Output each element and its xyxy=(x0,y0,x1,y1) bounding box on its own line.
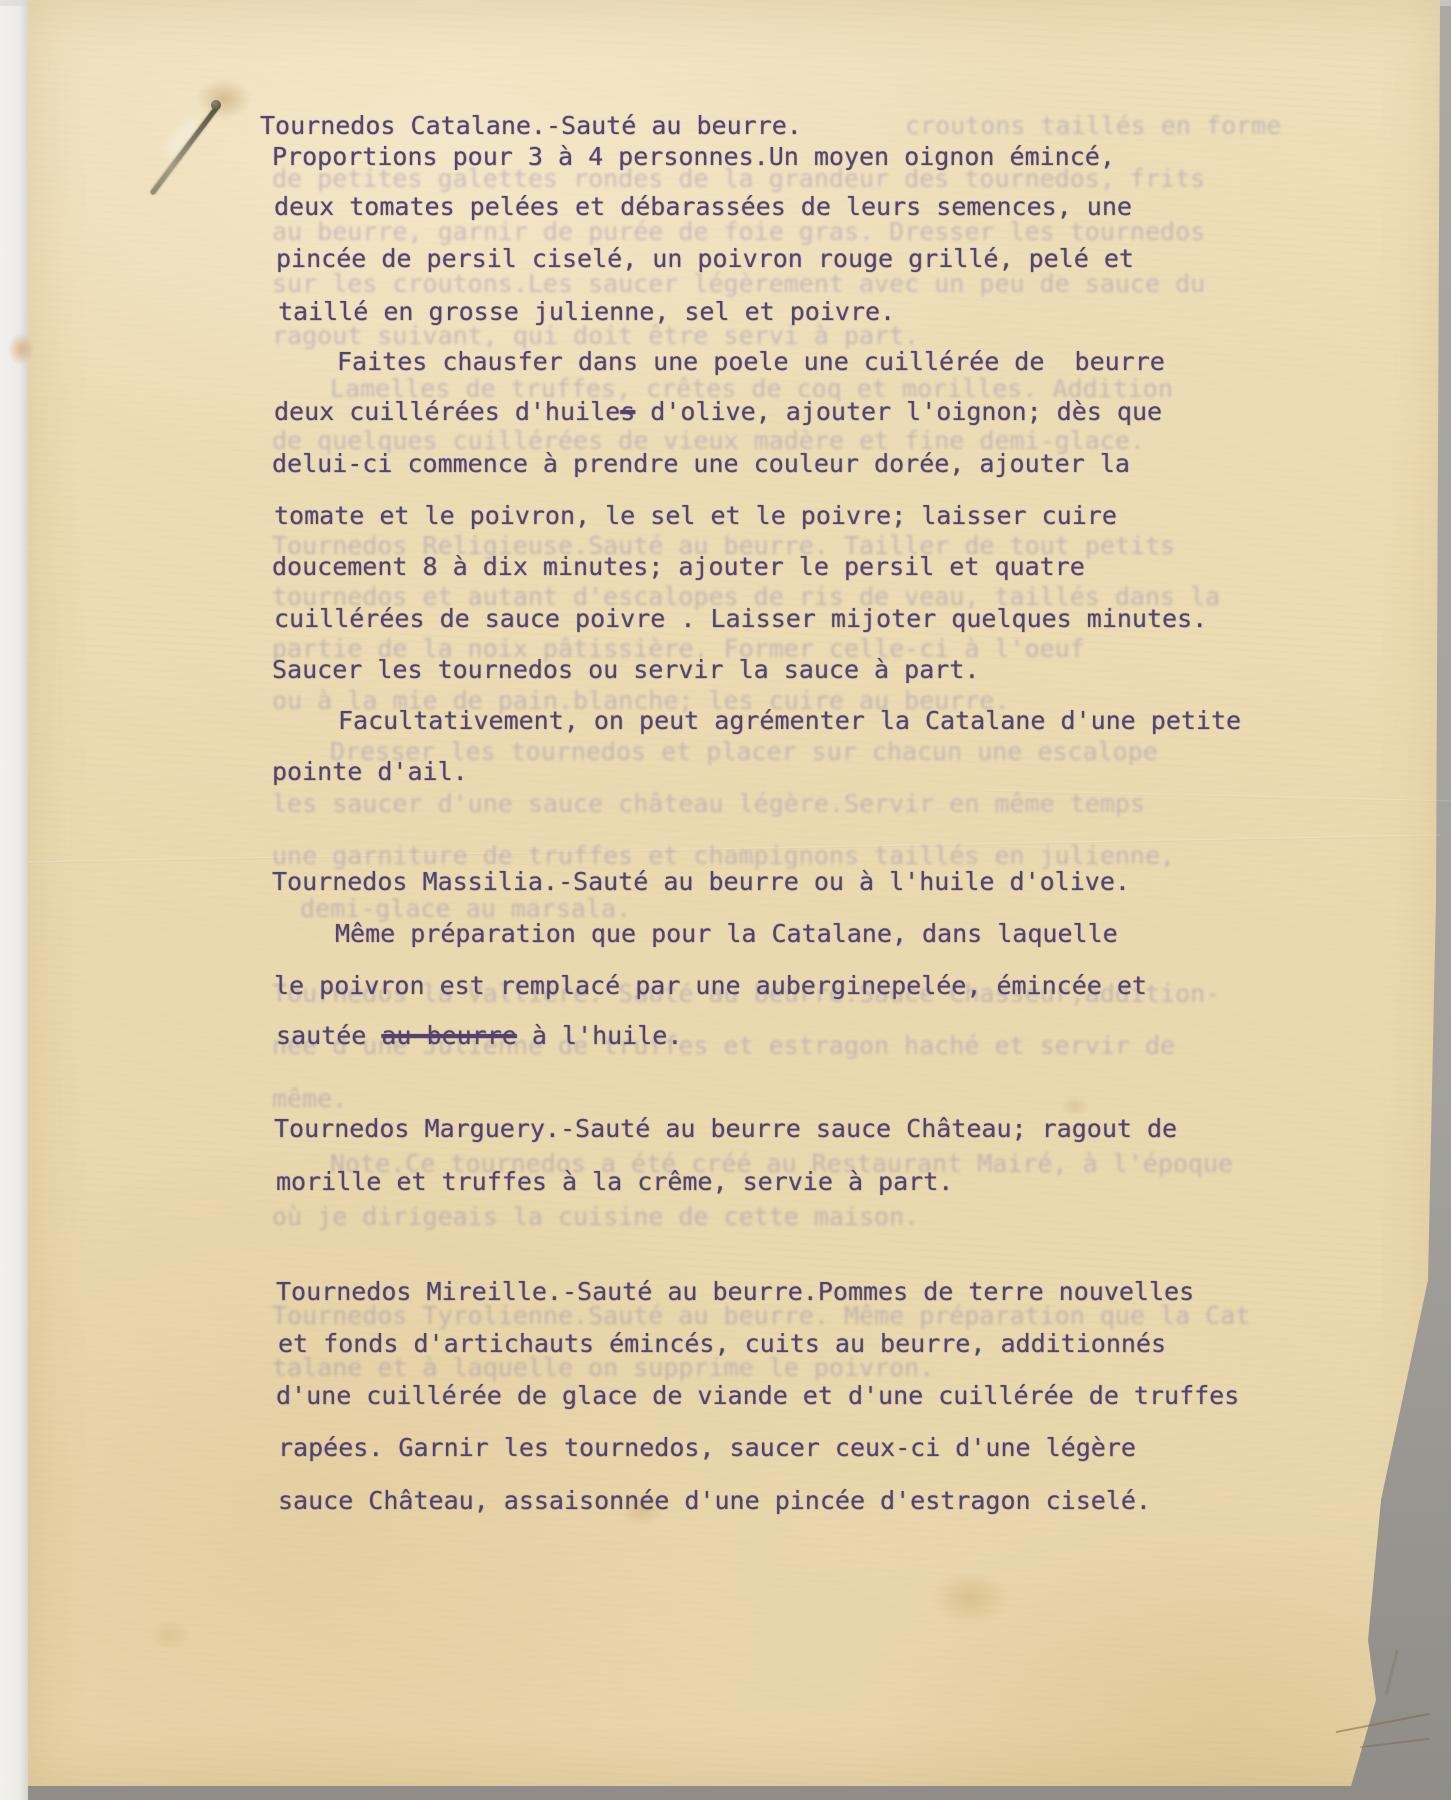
typed-line: tomate et le poivron, le sel et le poivr… xyxy=(274,502,1117,529)
stain xyxy=(196,78,252,120)
typed-line: d'une cuillérée de glace de viande et d'… xyxy=(276,1382,1239,1409)
text-segment: sautée xyxy=(276,1021,381,1050)
typed-line: sauce Château, assaisonnée d'une pincée … xyxy=(278,1487,1151,1514)
ghost-line: au beurre, garnir de purée de foie gras.… xyxy=(272,218,1205,245)
ghost-line: les saucer d'une sauce château légère.Se… xyxy=(272,790,1145,817)
ghost-line: sur les croutons.Les saucer légèrement a… xyxy=(272,270,1205,297)
ghost-line: Tournedos Tyrolienne.Sauté au beurre. Mê… xyxy=(272,1302,1250,1329)
typed-line: delui-ci commence à prendre une couleur … xyxy=(272,450,1130,477)
ghost-line: même. xyxy=(272,1085,347,1112)
typed-line: rapées. Garnir les tournedos, saucer ceu… xyxy=(278,1434,1136,1461)
ghost-line: demi-glace au marsala. xyxy=(300,895,631,922)
stain xyxy=(930,1570,1010,1626)
typed-line: Faites chausfer dans une poele une cuill… xyxy=(337,348,1165,375)
typed-line: doucement 8 à dix minutes; ajouter le pe… xyxy=(272,553,1085,580)
recipe-title-line: Tournedos Catalane.-Sauté au beurre. xyxy=(260,112,802,139)
scanner-background-left xyxy=(0,0,28,1800)
typed-line: morille et truffes à la crême, servie à … xyxy=(276,1168,953,1195)
typed-line: cuillérées de sauce poivre . Laisser mij… xyxy=(274,605,1207,632)
typed-line: Proportions pour 3 à 4 personnes.Un moye… xyxy=(272,143,1115,170)
torn-corner-mark xyxy=(1384,1650,1398,1695)
straight-pin-head xyxy=(211,100,221,110)
recipe-title-line: Tournedos Marguery.-Sauté au beurre sauc… xyxy=(274,1115,1177,1142)
typed-line: pointe d'ail. xyxy=(272,758,468,785)
typed-line: Saucer les tournedos ou servir la sauce … xyxy=(272,656,979,683)
ghost-line: ragout suivant, qui doit être servi à pa… xyxy=(272,322,919,349)
text-segment: d'olive, ajouter l'oignon; dès que xyxy=(635,397,1162,426)
recipe-title-line: Tournedos Mireille.-Sauté au beurre.Pomm… xyxy=(276,1278,1194,1305)
typed-line: deux cuillérées d'huiles d'olive, ajoute… xyxy=(274,398,1162,425)
scanned-document-page: croutons taillés en formede petites gale… xyxy=(0,0,1451,1800)
typed-line: et fonds d'artichauts émincés, cuits au … xyxy=(278,1330,1166,1357)
typed-line: Facultativement, on peut agrémenter la C… xyxy=(338,707,1241,734)
ghost-line: où je dirigeais la cuisine de cette mais… xyxy=(272,1203,919,1230)
struck-out-text: s xyxy=(620,397,635,426)
ghost-line: une garniture de truffes et champignons … xyxy=(272,842,1175,869)
ghost-line: croutons taillés en forme xyxy=(905,112,1281,139)
recipe-title-line: Tournedos Massilia.-Sauté au beurre ou à… xyxy=(272,868,1130,895)
ghost-line: talane et à laquelle on supprime le poiv… xyxy=(272,1354,934,1381)
stain xyxy=(150,1620,190,1650)
text-segment: à l'huile. xyxy=(517,1021,683,1050)
typed-line: sautée au beurre à l'huile. xyxy=(276,1022,682,1049)
torn-corner-mark xyxy=(1360,1738,1430,1749)
typed-line: Même préparation que pour la Catalane, d… xyxy=(335,920,1118,947)
struck-out-text: au beurre xyxy=(381,1021,516,1050)
stain xyxy=(8,332,34,366)
typed-line: deux tomates pelées et débarassées de le… xyxy=(274,193,1132,220)
text-segment: deux cuillérées d'huile xyxy=(274,397,620,426)
typed-line: taillé en grosse julienne, sel et poivre… xyxy=(278,298,895,325)
typed-line: pincée de persil ciselé, un poivron roug… xyxy=(276,245,1134,272)
typed-line: le poivron est remplacé par une aubergin… xyxy=(274,972,1147,999)
